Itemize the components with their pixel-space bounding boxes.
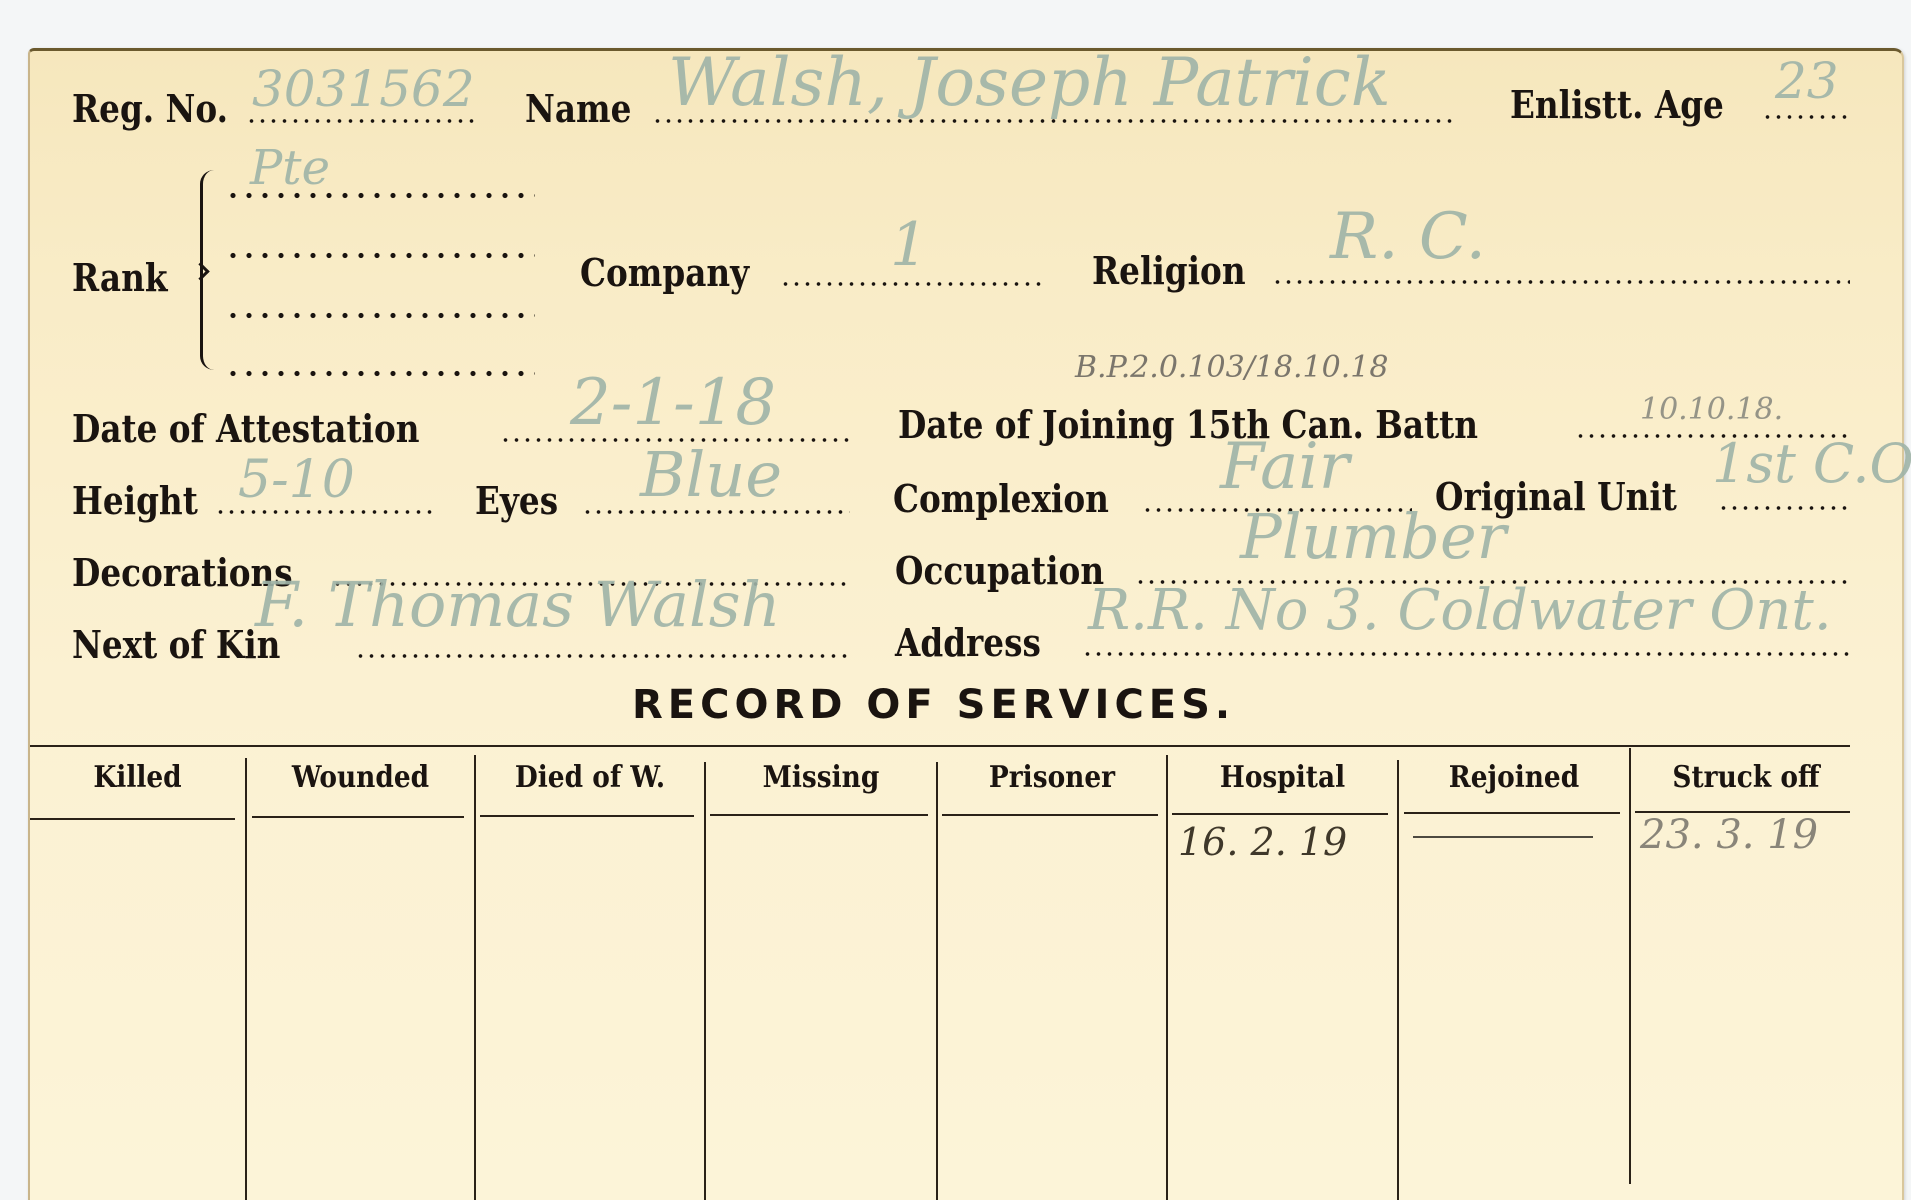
record-of-services-title: RECORD OF SERVICES. [632,682,1235,728]
struck-off-entry: 23. 3. 19 [1640,812,1818,858]
name-label: Name [525,86,631,131]
column-header-missing: Missing [720,760,922,795]
address-label: Address [895,620,1041,665]
column-header-died-of-wounds: Died of W. [490,760,691,795]
reg-no-label: Reg. No. [72,86,228,131]
enlistment-age-value: 23 [1775,52,1839,110]
height-label: Height [72,478,198,523]
header-underline [710,814,928,816]
header-underline [942,814,1158,816]
rank-line-2 [225,252,535,259]
rank-line-3 [225,312,535,319]
column-header-hospital: Hospital [1182,760,1384,795]
religion-value: R. C. [1330,200,1486,274]
joining-value: 10.10.18. [1640,392,1783,427]
header-underline [252,816,464,818]
column-divider [1397,760,1399,1200]
next-of-kin-value: F. Thomas Walsh [255,568,781,641]
joining-label: Date of Joining 15th Can. Battn [898,402,1478,447]
enlistment-age-label: Enlistt. Age [1510,82,1724,127]
address-dotted-line [1082,651,1850,657]
height-value: 5-10 [238,450,355,510]
rank-label: Rank [72,255,167,300]
eyes-value: Blue [640,438,782,511]
column-divider [1166,755,1168,1200]
original-unit-dotted-line [1718,505,1850,511]
header-underline [480,815,694,817]
hospital-entry: 16. 2. 19 [1178,820,1347,864]
header-underline [1172,813,1388,815]
column-header-killed: Killed [43,760,232,795]
column-header-struck-off: Struck off [1645,760,1847,795]
religion-dotted-line [1272,279,1850,285]
column-divider [704,762,706,1200]
next-of-kin-dotted-line [355,653,850,659]
reg-no-dotted-line [246,118,474,124]
complexion-value: Fair [1220,430,1349,504]
rank-value-1: Pte [250,140,330,196]
column-divider [1629,748,1631,1184]
reg-no-value: 3031562 [252,60,475,118]
column-header-rejoined: Rejoined [1413,760,1615,795]
rank-line-4 [225,370,535,377]
religion-label: Religion [1092,248,1246,293]
age-dotted-line [1762,114,1850,120]
next-of-kin-label: Next of Kin [72,622,280,667]
header-underline [1404,812,1620,814]
company-dotted-line [780,281,1042,287]
company-label: Company [580,250,749,295]
address-value: R.R. No 3. Coldwater Ont. [1088,578,1832,643]
eyes-label: Eyes [475,478,558,523]
pencil-annotation: B.P.2.0.103/18.10.18 [1075,350,1388,385]
original-unit-value: 1st C.O.R. [1712,432,1911,495]
attestation-label: Date of Attestation [72,406,420,451]
table-top-rule [30,745,1850,747]
column-header-wounded: Wounded [261,760,461,795]
rejoined-entry-dash [1413,836,1593,838]
occupation-value: Plumber [1240,500,1506,573]
rank-line-1 [225,192,535,199]
name-value: Walsh, Joseph Patrick [668,44,1391,121]
occupation-label: Occupation [895,548,1104,593]
column-divider [245,758,247,1200]
company-value: 1 [890,210,928,280]
attestation-value: 2-1-18 [570,366,776,440]
column-header-prisoner: Prisoner [952,760,1153,795]
header-underline [30,818,235,820]
column-divider [474,755,476,1200]
column-divider [936,762,938,1200]
complexion-label: Complexion [893,476,1109,521]
